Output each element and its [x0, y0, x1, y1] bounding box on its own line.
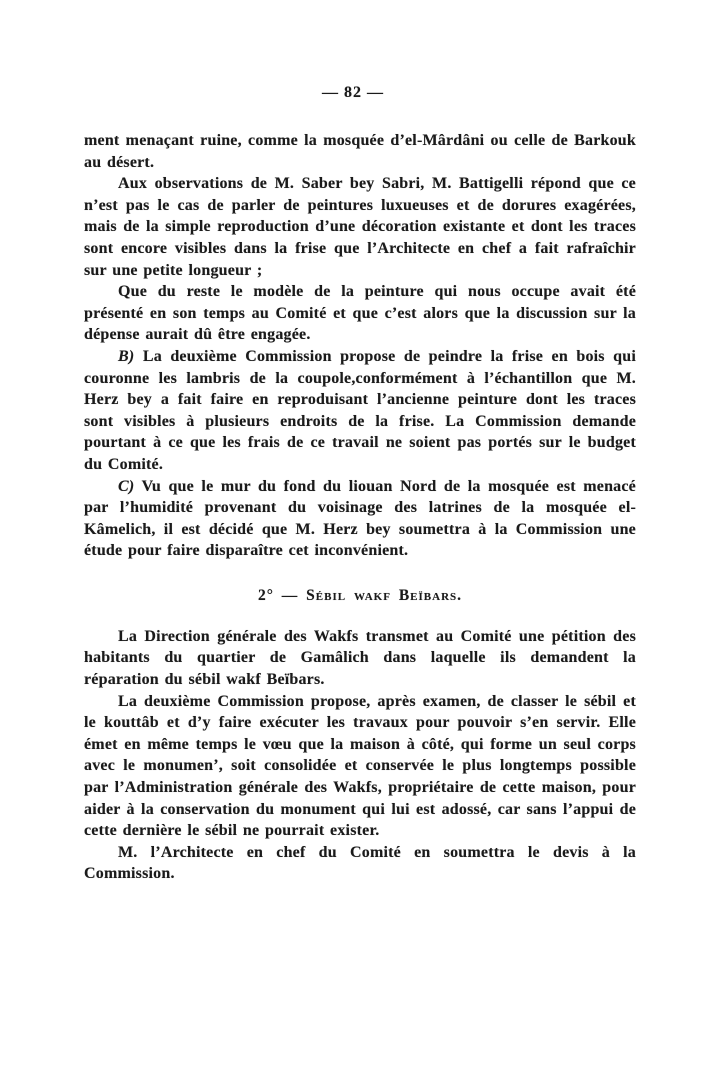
- paragraph: M. l’Architecte en chef du Comité en sou…: [84, 842, 636, 885]
- paragraph-continuation: ment menaçant ruine, comme la mosquée d’…: [84, 130, 636, 173]
- page-number: — 82 —: [0, 84, 706, 102]
- paragraph: Que du reste le modèle de la peinture qu…: [84, 281, 636, 346]
- paragraph-text: La deuxième Commission propose de peindr…: [84, 348, 636, 473]
- paragraph-text: Vu que le mur du fond du liouan Nord de …: [84, 478, 636, 560]
- paragraph: Aux observations de M. Saber bey Sabri, …: [84, 173, 636, 281]
- paragraph-item-b: B) La deuxième Commission propose de pei…: [84, 346, 636, 476]
- item-letter: C): [118, 478, 134, 495]
- section-heading: 2° — Sébil wakf Beïbars.: [84, 587, 636, 605]
- paragraph-item-c: C) Vu que le mur du fond du liouan Nord …: [84, 476, 636, 562]
- paragraph: La Direction générale des Wakfs transmet…: [84, 626, 636, 691]
- document-page: — 82 — ment menaçant ruine, comme la mos…: [0, 0, 720, 1082]
- item-letter: B): [118, 348, 134, 365]
- paragraph: La deuxième Commission propose, après ex…: [84, 691, 636, 842]
- page-body: ment menaçant ruine, comme la mosquée d’…: [84, 130, 636, 885]
